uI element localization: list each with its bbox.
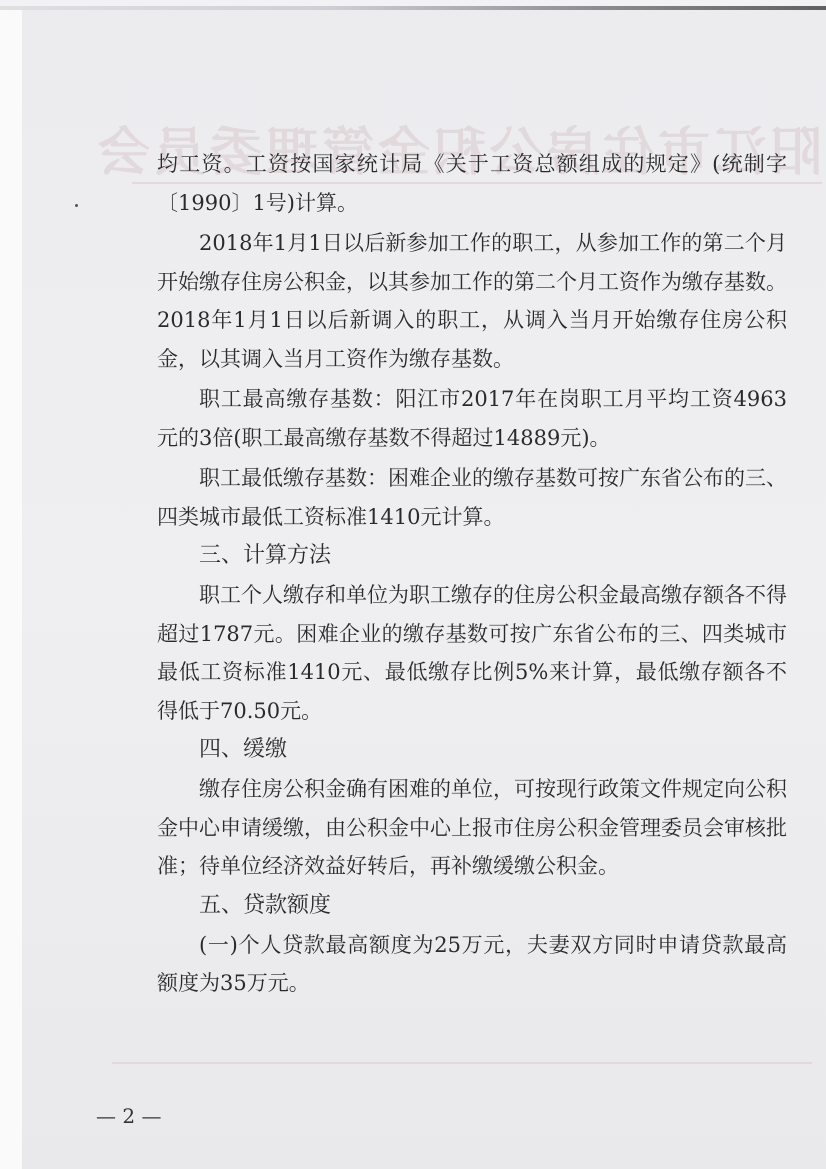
paragraph-deferral: 缴存住房公积金确有困难的单位，可按现行政策文件规定向公积金中心申请缓缴，由公积金… (157, 770, 787, 886)
page-number: — 2 — (96, 1104, 161, 1128)
section-heading-calculation: 三、计算方法 (157, 536, 787, 576)
document-body: 均工资。工资按国家统计局《关于工资总额组成的规定》(统制字〔1990〕1号)计算… (157, 145, 787, 1003)
scan-speck (75, 204, 78, 207)
scan-margin (0, 10, 23, 1169)
paragraph-calculation: 职工个人缴存和单位为职工缴存的住房公积金最高缴存额各不得超过1787元。困难企业… (157, 576, 787, 730)
paragraph-max-base: 职工最高缴存基数：阳江市2017年在岗职工月平均工资4963元的3倍(职工最高缴… (157, 380, 787, 457)
bleed-through-rule-bottom (112, 1062, 812, 1064)
paragraph-new-employees: 2018年1月1日以后新参加工作的职工，从参加工作的第二个月开始缴存住房公积金，… (157, 224, 787, 378)
paragraph-min-base: 职工最低缴存基数：困难企业的缴存基数可按广东省公布的三、四类城市最低工资标准14… (157, 459, 787, 536)
paragraph-salary-definition: 均工资。工资按国家统计局《关于工资总额组成的规定》(统制字〔1990〕1号)计算… (157, 145, 787, 222)
section-heading-loan-limit: 五、贷款额度 (157, 886, 787, 926)
paragraph-loan-limit: (一)个人贷款最高额度为25万元，夫妻双方同时申请贷款最高额度为35万元。 (157, 926, 787, 1003)
section-heading-deferral: 四、缓缴 (157, 730, 787, 770)
